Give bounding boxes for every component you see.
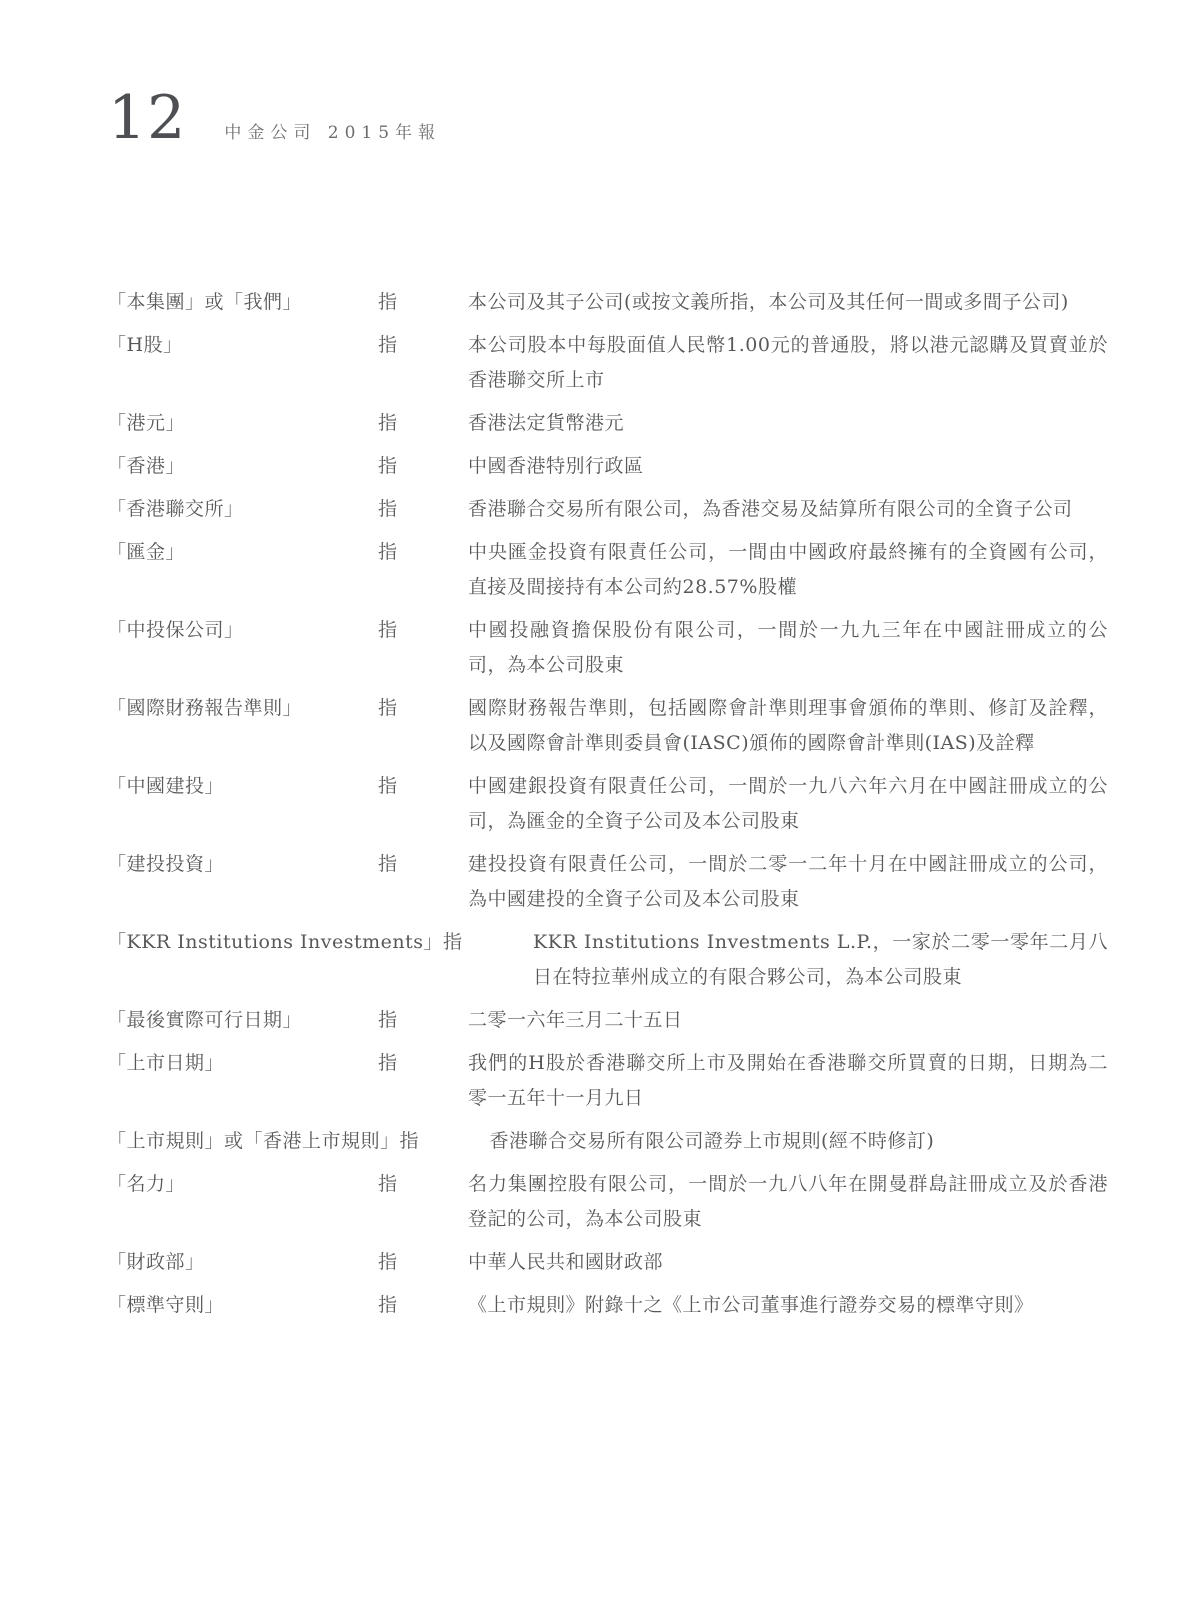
definition-text: 我們的H股於香港聯交所上市及開始在香港聯交所買賣的日期，日期為二零一五年十一月九… xyxy=(468,1046,1108,1116)
definition-text: 建投投資有限責任公司，一間於二零一二年十月在中國註冊成立的公司，為中國建投的全資… xyxy=(468,847,1108,917)
definition-term: 「上市規則」或「香港上市規則」 xyxy=(107,1124,400,1159)
definition-term: 「最後實際可行日期」 xyxy=(107,1003,378,1038)
definition-indicator: 指 xyxy=(378,1288,468,1323)
definition-indicator: 指 xyxy=(378,535,468,570)
definition-indicator: 指 xyxy=(378,1167,468,1202)
definition-indicator: 指 xyxy=(378,449,468,484)
definition-row: 「本集團」或「我們」 指 本公司及其子公司(或按文義所指，本公司及其任何一間或多… xyxy=(107,285,1108,320)
definition-term: 「建投投資」 xyxy=(107,847,378,882)
page-header: 12 中金公司 2015年報 xyxy=(108,88,441,148)
definition-row: 「最後實際可行日期」 指 二零一六年三月二十五日 xyxy=(107,1003,1108,1038)
definition-text: 中國投融資擔保股份有限公司，一間於一九九三年在中國註冊成立的公司，為本公司股東 xyxy=(468,613,1108,683)
definition-row: 「上市日期」 指 我們的H股於香港聯交所上市及開始在香港聯交所買賣的日期，日期為… xyxy=(107,1046,1108,1116)
definition-text: 香港聯合交易所有限公司證券上市規則(經不時修訂) xyxy=(490,1124,1108,1159)
definition-term: 「香港聯交所」 xyxy=(107,492,378,527)
definition-term: 「標準守則」 xyxy=(107,1288,378,1323)
page-number: 12 xyxy=(108,88,186,148)
report-title: 中金公司 2015年報 xyxy=(224,125,441,142)
definition-row: 「H股」 指 本公司股本中每股面值人民幣1.00元的普通股，將以港元認購及買賣並… xyxy=(107,328,1108,398)
definition-term: 「中國建投」 xyxy=(107,769,378,804)
definition-row: 「香港聯交所」 指 香港聯合交易所有限公司，為香港交易及結算所有限公司的全資子公… xyxy=(107,492,1108,527)
definition-row: 「港元」 指 香港法定貨幣港元 xyxy=(107,406,1108,441)
definition-text: 本公司股本中每股面值人民幣1.00元的普通股，將以港元認購及買賣並於香港聯交所上… xyxy=(468,328,1108,398)
definition-text: 中華人民共和國財政部 xyxy=(468,1245,1108,1280)
definition-indicator: 指 xyxy=(378,1003,468,1038)
definition-row: 「中國建投」 指 中國建銀投資有限責任公司，一間於一九八六年六月在中國註冊成立的… xyxy=(107,769,1108,839)
definition-row: 「中投保公司」 指 中國投融資擔保股份有限公司，一間於一九九三年在中國註冊成立的… xyxy=(107,613,1108,683)
definition-indicator: 指 xyxy=(378,1046,468,1081)
definition-row: 「國際財務報告準則」 指 國際財務報告準則，包括國際會計準則理事會頒佈的準則、修… xyxy=(107,691,1108,761)
definition-term: 「港元」 xyxy=(107,406,378,441)
definition-indicator: 指 xyxy=(443,925,533,960)
definition-term: 「香港」 xyxy=(107,449,378,484)
definitions-list: 「本集團」或「我們」 指 本公司及其子公司(或按文義所指，本公司及其任何一間或多… xyxy=(107,285,1108,1331)
definition-indicator: 指 xyxy=(378,328,468,363)
definition-term: 「H股」 xyxy=(107,328,378,363)
definition-text: 中央匯金投資有限責任公司，一間由中國政府最終擁有的全資國有公司，直接及間接持有本… xyxy=(468,535,1108,605)
definition-term: 「本集團」或「我們」 xyxy=(107,285,378,320)
definition-indicator: 指 xyxy=(378,492,468,527)
definition-row: 「香港」 指 中國香港特別行政區 xyxy=(107,449,1108,484)
definition-indicator: 指 xyxy=(378,285,468,320)
definition-text: 香港法定貨幣港元 xyxy=(468,406,1108,441)
definition-row: 「上市規則」或「香港上市規則」 指 香港聯合交易所有限公司證券上市規則(經不時修… xyxy=(107,1124,1108,1159)
definition-indicator: 指 xyxy=(378,847,468,882)
definition-text: 中國建銀投資有限責任公司，一間於一九八六年六月在中國註冊成立的公司，為匯金的全資… xyxy=(468,769,1108,839)
definition-indicator: 指 xyxy=(378,613,468,648)
definition-term: 「中投保公司」 xyxy=(107,613,378,648)
definition-term: 「財政部」 xyxy=(107,1245,378,1280)
definition-row: 「KKR Institutions Investments」 指 KKR Ins… xyxy=(107,925,1108,995)
definition-indicator: 指 xyxy=(378,406,468,441)
definition-row: 「建投投資」 指 建投投資有限責任公司，一間於二零一二年十月在中國註冊成立的公司… xyxy=(107,847,1108,917)
definition-row: 「財政部」 指 中華人民共和國財政部 xyxy=(107,1245,1108,1280)
definition-indicator: 指 xyxy=(378,1245,468,1280)
definition-indicator: 指 xyxy=(378,691,468,726)
definition-indicator: 指 xyxy=(378,769,468,804)
definition-term: 「KKR Institutions Investments」 xyxy=(107,925,443,960)
definition-row: 「匯金」 指 中央匯金投資有限責任公司，一間由中國政府最終擁有的全資國有公司，直… xyxy=(107,535,1108,605)
definition-text: 本公司及其子公司(或按文義所指，本公司及其任何一間或多間子公司) xyxy=(468,285,1108,320)
definition-term: 「名力」 xyxy=(107,1167,378,1202)
definition-indicator: 指 xyxy=(400,1124,490,1159)
definition-text: 二零一六年三月二十五日 xyxy=(468,1003,1108,1038)
definition-text: 中國香港特別行政區 xyxy=(468,449,1108,484)
definition-text: 國際財務報告準則，包括國際會計準則理事會頒佈的準則、修訂及詮釋，以及國際會計準則… xyxy=(468,691,1108,761)
definition-text: 《上市規則》附錄十之《上市公司董事進行證券交易的標準守則》 xyxy=(468,1288,1108,1323)
definition-term: 「上市日期」 xyxy=(107,1046,378,1081)
definition-term: 「匯金」 xyxy=(107,535,378,570)
definition-row: 「名力」 指 名力集團控股有限公司，一間於一九八八年在開曼群島註冊成立及於香港登… xyxy=(107,1167,1108,1237)
definition-text: KKR Institutions Investments L.P.，一家於二零一… xyxy=(533,925,1108,995)
definition-text: 香港聯合交易所有限公司，為香港交易及結算所有限公司的全資子公司 xyxy=(468,492,1108,527)
definition-row: 「標準守則」 指 《上市規則》附錄十之《上市公司董事進行證券交易的標準守則》 xyxy=(107,1288,1108,1323)
definition-term: 「國際財務報告準則」 xyxy=(107,691,378,726)
definition-text: 名力集團控股有限公司，一間於一九八八年在開曼群島註冊成立及於香港登記的公司，為本… xyxy=(468,1167,1108,1237)
